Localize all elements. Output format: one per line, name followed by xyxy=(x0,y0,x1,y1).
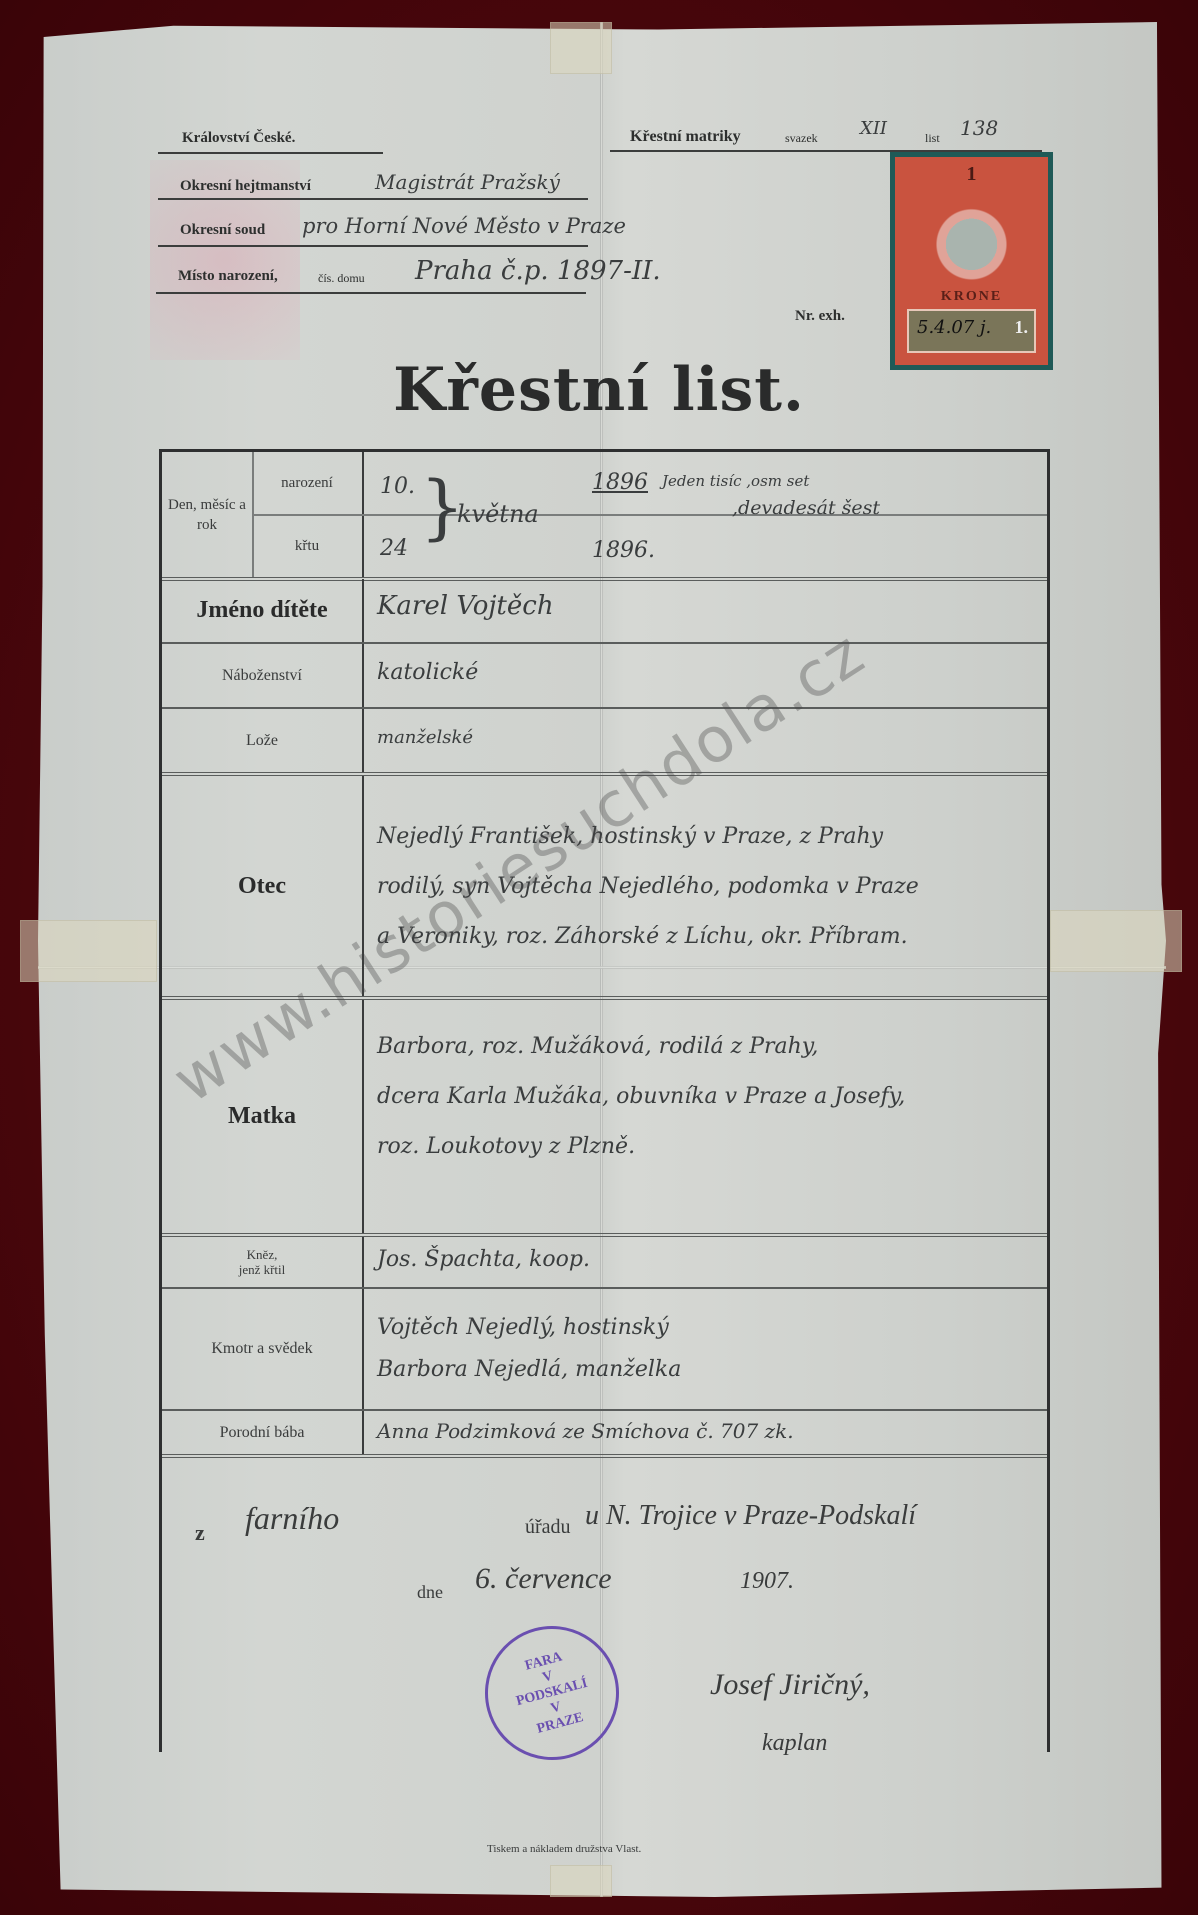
kingdom-label: Království České. xyxy=(182,130,295,147)
revenue-stamp: 1 KRONE 5.4.07 j. 1. xyxy=(890,152,1053,370)
birth-day: 10. xyxy=(380,474,415,499)
birth-year-words-2: ,devadesát šest xyxy=(732,497,880,519)
godparent-label: Kmotr a svědek xyxy=(162,1289,364,1409)
stamp-value-box: 5.4.07 j. 1. xyxy=(907,309,1036,353)
stamp-box-value: 1. xyxy=(1015,317,1029,338)
divider xyxy=(156,292,586,294)
record-table: Den, měsíc a rok narození křtu 10. 24 } … xyxy=(159,449,1050,1752)
baptism-label: křtu xyxy=(252,516,364,577)
birthplace-value: Praha č.p. 1897-II. xyxy=(415,256,661,286)
register-label: Křestní matriky xyxy=(630,128,741,146)
legitimacy-label: Lože xyxy=(162,709,364,772)
office-type: farního xyxy=(245,1500,339,1537)
court-label: Okresní soud xyxy=(180,222,265,239)
mother-line: Barbora, roz. Mužáková, rodilá z Prahy, xyxy=(377,1022,1037,1072)
row-priest: Kněz, jenž křtil Jos. Špachta, koop. xyxy=(162,1237,1047,1289)
religion: katolické xyxy=(377,644,1037,707)
volume-value: XII xyxy=(860,118,887,139)
priest-label: Kněz, jenž křtil xyxy=(162,1237,364,1287)
stamp-cancel-text: 5.4.07 j. xyxy=(917,317,991,338)
tape-right xyxy=(1050,910,1182,972)
divider xyxy=(158,198,588,200)
midwife-label: Porodní bába xyxy=(162,1411,364,1454)
godparent-details: Vojtěch Nejedlý, hostinský Barbora Nejed… xyxy=(377,1289,1037,1409)
priest-label-line: Kněz, xyxy=(247,1247,278,1262)
divider xyxy=(158,152,383,154)
midwife: Anna Podzimková ze Smíchova č. 707 zk. xyxy=(377,1411,1037,1454)
birth-label: narození xyxy=(252,452,364,516)
page-value: 138 xyxy=(960,116,998,140)
child-name-label: Jméno dítěte xyxy=(162,579,364,642)
office-value: u N. Trojice v Praze-Podskalí xyxy=(585,1500,916,1532)
printer-imprint: Tiskem a nákladem družstva Vlast. xyxy=(487,1843,641,1855)
tape-left xyxy=(20,920,157,982)
signature-role: kaplan xyxy=(762,1730,827,1757)
row-religion: Náboženství katolické xyxy=(162,644,1047,709)
tape-bottom xyxy=(550,1865,612,1897)
page-label: list xyxy=(925,131,940,146)
godparent-line: Vojtěch Nejedlý, hostinský xyxy=(377,1307,1037,1349)
baptism-day: 24 xyxy=(380,536,408,561)
office-label: úřadu xyxy=(525,1516,571,1539)
document-title: Křestní list. xyxy=(0,355,1198,425)
month: května xyxy=(457,500,539,528)
religion-label: Náboženství xyxy=(162,644,364,707)
baptism-year: 1896. xyxy=(592,538,655,563)
district-office-label: Okresní hejtmanství xyxy=(180,178,311,195)
date-label: dne xyxy=(417,1582,443,1603)
mother-details: Barbora, roz. Mužáková, rodilá z Prahy, … xyxy=(377,1000,1037,1233)
row-godparent: Kmotr a svědek Vojtěch Nejedlý, hostinsk… xyxy=(162,1289,1047,1411)
priest: Jos. Špachta, koop. xyxy=(377,1237,1037,1287)
stamp-denomination: 1 xyxy=(895,163,1048,186)
stamp-currency: KRONE xyxy=(895,289,1048,305)
birth-year-words-1: Jeden tisíc ,osm set xyxy=(662,472,809,490)
mother-line: dcera Karla Mužáka, obuvníka v Praze a J… xyxy=(377,1072,1037,1122)
issue-date: 6. července xyxy=(475,1562,612,1596)
tape-top xyxy=(550,22,612,74)
row-child-name: Jméno dítěte Karel Vojtěch xyxy=(162,579,1047,644)
date-group-label: Den, měsíc a rok xyxy=(162,452,254,577)
from-label: z xyxy=(195,1520,205,1546)
godparent-line: Barbora Nejedlá, manželka xyxy=(377,1349,1037,1391)
signature: Josef Jiričný, xyxy=(710,1668,870,1702)
district-office-value: Magistrát Pražský xyxy=(375,170,560,194)
volume-label: svazek xyxy=(785,131,818,146)
row-midwife: Porodní bába Anna Podzimková ze Smíchova… xyxy=(162,1411,1047,1458)
court-value: pro Horní Nové Město v Praze xyxy=(302,214,626,238)
divider xyxy=(158,245,588,247)
birth-year: 1896 xyxy=(592,470,648,495)
issue-year: 1907. xyxy=(740,1568,794,1595)
exhibit-number-label: Nr. exh. xyxy=(795,308,845,325)
birthplace-label: Místo narození, xyxy=(178,268,278,285)
child-name: Karel Vojtěch xyxy=(377,579,1037,642)
row-dates: Den, měsíc a rok narození křtu 10. 24 } … xyxy=(162,452,1047,581)
house-number-label: čís. domu xyxy=(318,271,365,286)
priest-label-line: jenž křtil xyxy=(239,1262,286,1277)
mother-line: roz. Loukotovy z Plzně. xyxy=(377,1122,1037,1172)
